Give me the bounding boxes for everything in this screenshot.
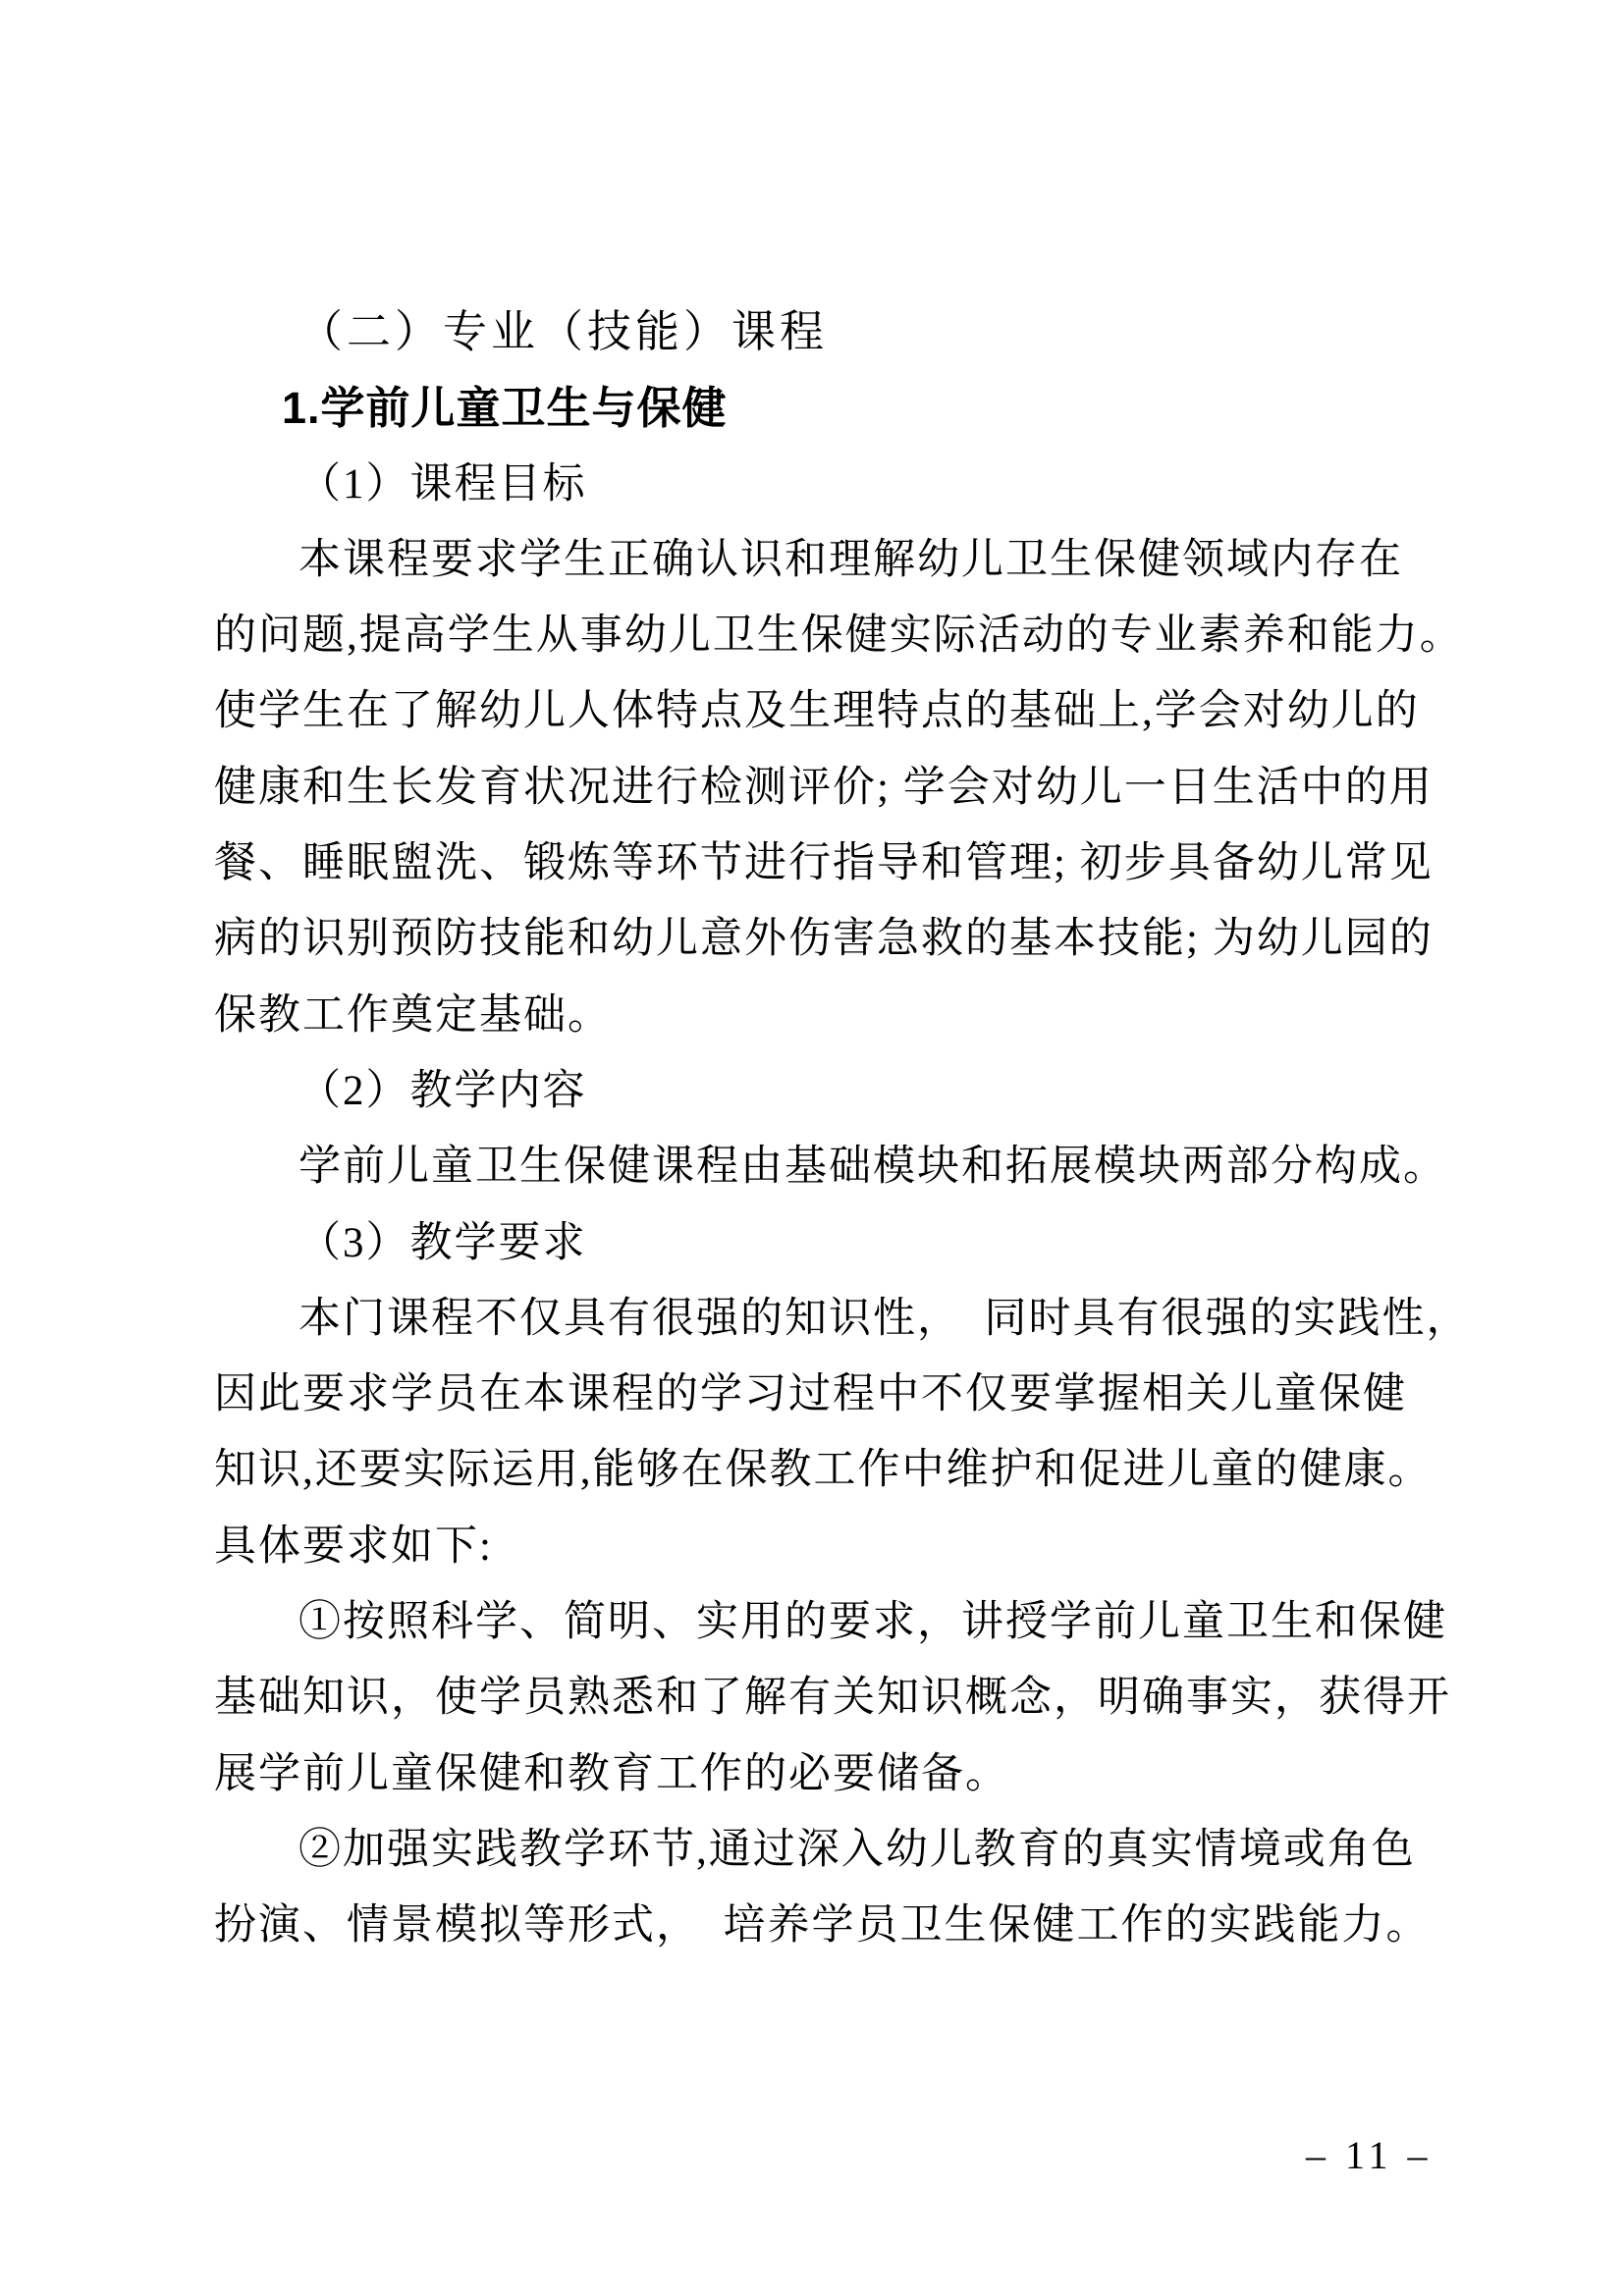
body-line: 餐、睡眠盥洗、锻炼等环节进行指导和管理; 初步具备幼儿常见 xyxy=(214,826,1428,901)
body-line: 的问题,提高学生从事幼儿卫生保健实际活动的专业素养和能力。 xyxy=(214,598,1428,673)
subheading-course-objectives: （1）课程目标 xyxy=(214,447,1428,522)
body-line: 知识,还要实际运用,能够在保教工作中维护和促进儿童的健康。 xyxy=(214,1432,1428,1508)
document-body: （二）专业（技能）课程 1.学前儿童卫生与保健 （1）课程目标 本课程要求学生正… xyxy=(214,294,1428,1964)
body-line: 本课程要求学生正确认识和理解幼儿卫生保健领域内存在 xyxy=(214,522,1428,598)
body-line: 扮演、情景模拟等形式， 培养学员卫生保健工作的实践能力。 xyxy=(214,1888,1428,1963)
body-line: 本门课程不仅具有很强的知识性， 同时具有很强的实践性， xyxy=(214,1281,1428,1357)
body-line: 保教工作奠定基础。 xyxy=(214,978,1428,1053)
document-page: （二）专业（技能）课程 1.学前儿童卫生与保健 （1）课程目标 本课程要求学生正… xyxy=(0,0,1624,2296)
page-number: – 11 – xyxy=(1306,2132,1433,2178)
body-line: 具体要求如下: xyxy=(214,1509,1428,1584)
subheading-teaching-requirements: （3）教学要求 xyxy=(214,1205,1428,1281)
body-line: 学前儿童卫生保健课程由基础模块和拓展模块两部分构成。 xyxy=(214,1129,1428,1204)
body-line: ②加强实践教学环节,通过深入幼儿教育的真实情境或角色 xyxy=(214,1812,1428,1888)
body-line: ①按照科学、简明、实用的要求，讲授学前儿童卫生和保健 xyxy=(214,1584,1428,1660)
body-line: 病的识别预防技能和幼儿意外伤害急救的基本技能; 为幼儿园的 xyxy=(214,901,1428,977)
body-line: 健康和生长发育状况进行检测评价; 学会对幼儿一日生活中的用 xyxy=(214,750,1428,826)
body-line: 展学前儿童保健和教育工作的必要储备。 xyxy=(214,1736,1428,1812)
body-line: 因此要求学员在本课程的学习过程中不仅要掌握相关儿童保健 xyxy=(214,1357,1428,1432)
course-heading: 1.学前儿童卫生与保健 xyxy=(214,370,1428,446)
body-line: 基础知识，使学员熟悉和了解有关知识概念，明确事实，获得开 xyxy=(214,1660,1428,1735)
body-line: 使学生在了解幼儿人体特点及生理特点的基础上,学会对幼儿的 xyxy=(214,673,1428,749)
section-heading: （二）专业（技能）课程 xyxy=(214,294,1428,370)
subheading-teaching-content: （2）教学内容 xyxy=(214,1053,1428,1129)
